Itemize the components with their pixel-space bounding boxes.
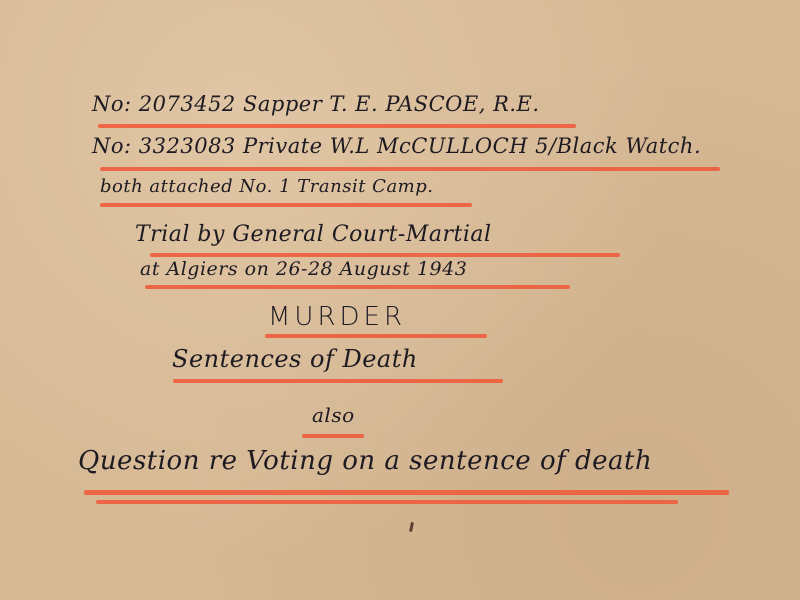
underline-4 xyxy=(150,253,620,257)
underline-3 xyxy=(100,203,472,207)
attachment-line: both attached No. 1 Transit Camp. xyxy=(100,176,434,197)
underline-2 xyxy=(100,167,720,171)
also-line: also xyxy=(312,403,355,427)
underline-7 xyxy=(173,379,503,383)
underline-8 xyxy=(302,434,364,438)
question-line: Question re Voting on a sentence of deat… xyxy=(78,446,652,476)
trial-line: Trial by General Court-Martial xyxy=(135,222,492,247)
location-date-line: at Algiers on 26-28 August 1943 xyxy=(140,258,467,280)
paper-mark xyxy=(409,522,414,532)
soldier-1-line: No: 2073452 Sapper T. E. PASCOE, R.E. xyxy=(92,92,540,116)
underline-6 xyxy=(265,334,487,338)
underline-9b xyxy=(96,500,678,504)
charge-title: MURDER xyxy=(268,302,406,332)
underline-5 xyxy=(145,285,570,289)
soldier-2-line: No: 3323083 Private W.L McCULLOCH 5/Blac… xyxy=(92,134,701,158)
underline-1 xyxy=(98,124,576,128)
sentence-line: Sentences of Death xyxy=(172,345,418,373)
underline-9a xyxy=(84,490,729,495)
